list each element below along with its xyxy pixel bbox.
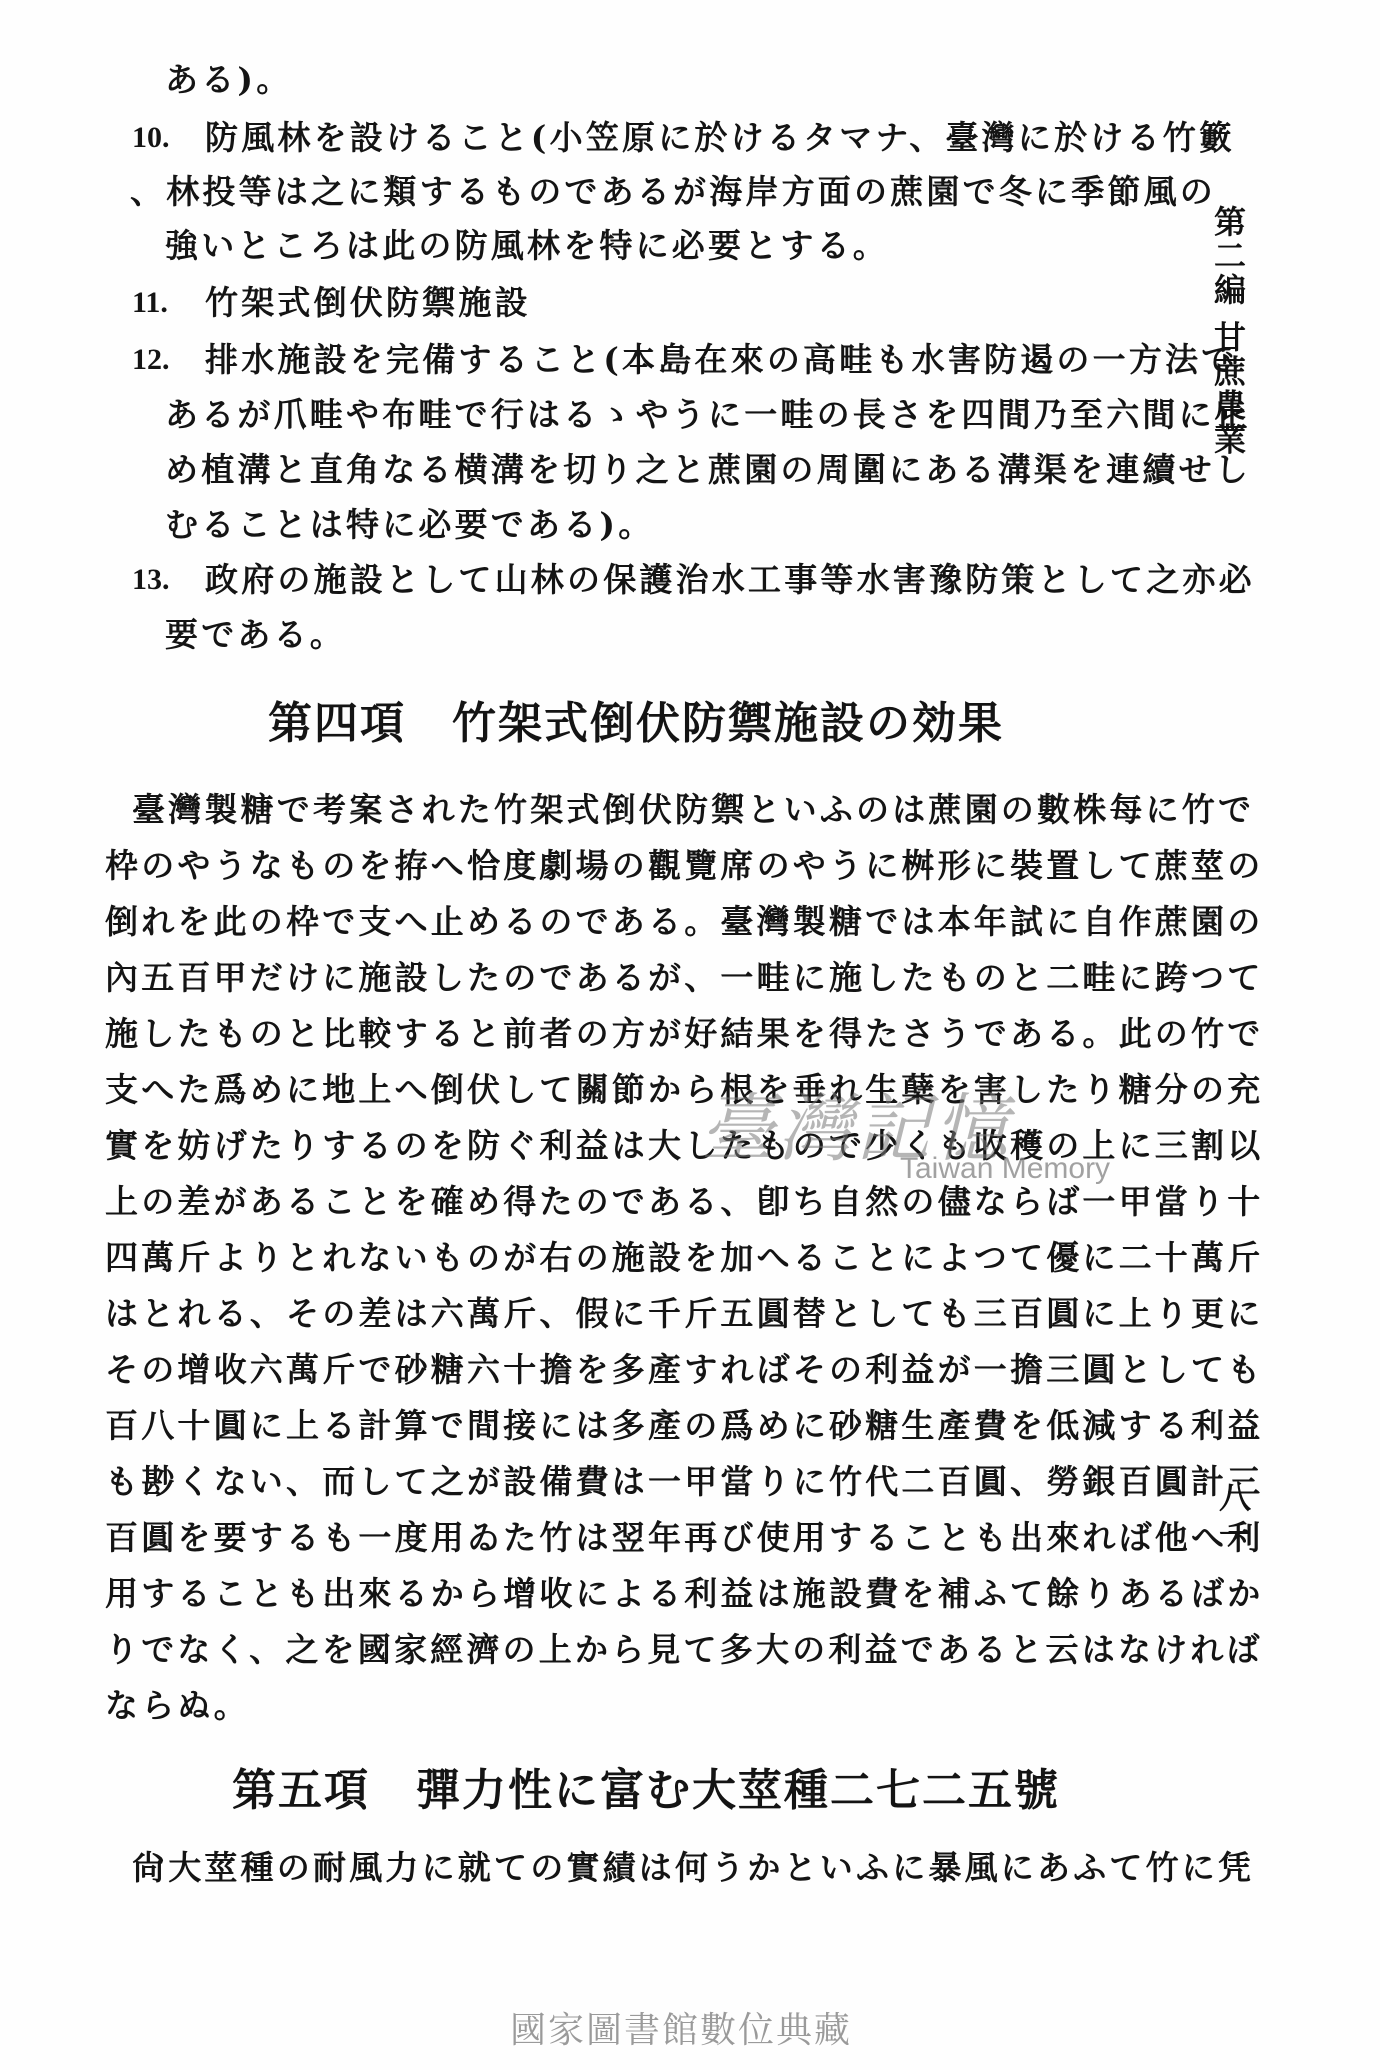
list-item-line: 要である。 bbox=[165, 615, 346, 655]
paragraph-line: 用することも出來るから增收による利益は施設費を補ふて餘りあるばか bbox=[105, 1574, 1263, 1614]
national-library-footer-watermark: 國家圖書館數位典藏 bbox=[510, 2002, 852, 2053]
list-item-line: むることは特に必要である)。 bbox=[165, 505, 654, 545]
list-item-line: 、林投等は之に類するものであるが海岸方面の蔗園で冬に季節風の bbox=[130, 172, 1216, 212]
list-item-line: 竹架式倒伏防禦施設 bbox=[205, 283, 531, 323]
paragraph-line: も尠くない、而して之が設備費は一甲當りに竹代二百圓、勞銀百圓計三 bbox=[105, 1462, 1263, 1502]
paragraph-line: 臺灣製糖で考案された竹架式倒伏防禦といふのは蔗園の數株每に竹で bbox=[132, 790, 1254, 830]
paragraph-line: 實を妨げたりするのを防ぐ利益は大したもので少くも收穫の上に三割以 bbox=[105, 1126, 1263, 1166]
running-header: 第二編 甘蔗農業 bbox=[1208, 205, 1248, 456]
list-item-number: 11. bbox=[132, 283, 168, 323]
continued-text-tail: ある)。 bbox=[165, 60, 292, 100]
list-item-line: 強いところは此の防風林を特に必要とする。 bbox=[165, 226, 889, 266]
list-item-number: 13. bbox=[132, 560, 170, 600]
paragraph-line: 內五百甲だけに施設したのであるが、一畦に施したものと二畦に跨つて bbox=[105, 958, 1263, 998]
paragraph-line: 上の差があることを確め得たのである、卽ち自然の儘ならば一甲當り十 bbox=[105, 1182, 1263, 1222]
list-item-number: 12. bbox=[132, 340, 170, 380]
paragraph-line: ならぬ。 bbox=[105, 1686, 250, 1726]
paragraph-line: 倒れを此の枠で支へ止めるのである。臺灣製糖では本年試に自作蔗園の bbox=[105, 902, 1263, 942]
list-item-line: め植溝と直角なる横溝を切り之と蔗園の周圍にある溝渠を連續せし bbox=[165, 450, 1251, 490]
section-heading: 第五項 彈力性に富む大莖種二七二五號 bbox=[232, 1765, 1060, 1817]
paragraph-line: 百圓を要するも一度用ゐた竹は翌年再び使用することも出來れば他へ利 bbox=[105, 1518, 1263, 1558]
list-item-line: あるが爪畦や布畦で行はるゝやうに一畦の長さを四間乃至六間に止 bbox=[165, 395, 1251, 435]
paragraph-line: 百八十圓に上る計算で間接には多產の爲めに砂糖生產費を低減する利益 bbox=[105, 1406, 1263, 1446]
paragraph-line: 施したものと比較すると前者の方が好結果を得たさうである。此の竹で bbox=[105, 1014, 1263, 1054]
list-item-line: 政府の施設として山林の保護治水工事等水害豫防策として之亦必 bbox=[205, 560, 1255, 600]
paragraph-line: りでなく、之を國家經濟の上から見て多大の利益であると云はなければ bbox=[105, 1630, 1263, 1670]
scanned-book-page: ある)。 10. 防風林を設けること(小笠原に於けるタマナ、臺灣に於ける竹籔 、… bbox=[0, 0, 1380, 2070]
paragraph-line: 尙大莖種の耐風力に就ての實績は何うかといふに暴風にあふて竹に凭 bbox=[132, 1848, 1254, 1888]
paragraph-line: その增收六萬斤で砂糖六十擔を多產すればその利益が一擔三圓としても bbox=[105, 1350, 1263, 1390]
paragraph-line: 支へた爲めに地上へ倒伏して關節から根を垂れ生蘖を害したり糖分の充 bbox=[105, 1070, 1263, 1110]
list-item-line: 排水施設を完備すること(本島在來の高畦も水害防遏の一方法で bbox=[205, 340, 1237, 380]
list-item-line: 防風林を設けること(小笠原に於けるタマナ、臺灣に於ける竹籔 bbox=[205, 118, 1235, 158]
section-heading: 第四項 竹架式倒伏防禦施設の効果 bbox=[268, 698, 1004, 750]
paragraph-line: 枠のやうなものを拵へ恰度劇場の觀覽席のやうに桝形に裝置して蔗莖の bbox=[105, 846, 1263, 886]
paragraph-line: 四萬斤よりとれないものが右の施設を加へることによつて優に二十萬斤 bbox=[105, 1238, 1263, 1278]
page-number: 八一 bbox=[1210, 1480, 1256, 1556]
list-item-number: 10. bbox=[132, 118, 170, 158]
paragraph-line: はとれる、その差は六萬斤、假に千斤五圓替としても三百圓に上り更に bbox=[105, 1294, 1263, 1334]
